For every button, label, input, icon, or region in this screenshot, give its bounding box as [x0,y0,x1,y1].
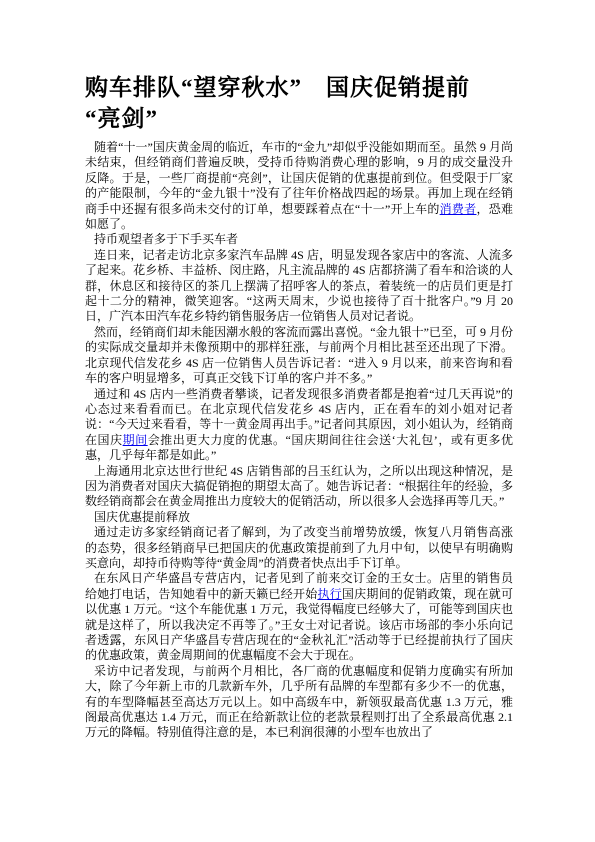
paragraph: 通过走访多家经销商记者了解到，为了改变当前增势放缓，恢复八月销售高涨的态势，很多… [85,525,513,571]
paragraph: 通过和 4S 店内一些消费者攀谈，记者发现很多消费者都是抱着“过几天再说”的心态… [85,387,513,464]
document-page: 购车排队“望穿秋水” 国庆促销提前 “亮剑” 随着“十一”国庆黄金周的临近，车市… [0,0,595,842]
paragraph: 随着“十一”国庆黄金周的临近，车市的“金九”却似乎没能如期而至。虽然 9 月尚未… [85,140,513,232]
document-content: 购车排队“望穿秋水” 国庆促销提前 “亮剑” 随着“十一”国庆黄金周的临近，车市… [0,0,595,741]
text-run: 连日来，记者走访北京多家汽车品牌 4S 店，明显发现各家店中的客流、人流多了起来… [85,248,513,324]
hyperlink[interactable]: 消费者 [440,202,477,216]
text-run: 采访中记者发现，与前两个月相比，各厂商的优惠幅度和促销力度确实有所加大，除了今年… [85,664,513,740]
paragraph: 采访中记者发现，与前两个月相比，各厂商的优惠幅度和促销力度确实有所加大，除了今年… [85,664,513,741]
paragraph: 在东风日产华盛昌专营店内，记者见到了前来交订金的王女士。店里的销售员给她打电话，… [85,571,513,663]
article-title: 购车排队“望穿秋水” 国庆促销提前 “亮剑” [85,72,513,134]
text-run: 国庆优惠提前释放 [94,510,190,524]
text-run: 通过走访多家经销商记者了解到，为了改变当前增势放缓，恢复八月销售高涨的态势，很多… [85,525,513,570]
text-run: 持币观望者多于下手买车者 [94,232,238,246]
article-title-line1: 购车排队“望穿秋水” 国庆促销提前 [85,72,513,103]
paragraph: 上海通用北京达世行世纪 4S 店销售部的吕玉红认为，之所以出现这种情况，是因为消… [85,464,513,510]
article-body: 随着“十一”国庆黄金周的临近，车市的“金九”却似乎没能如期而至。虽然 9 月尚未… [85,140,513,741]
paragraph: 连日来，记者走访北京多家汽车品牌 4S 店，明显发现各家店中的客流、人流多了起来… [85,248,513,325]
section-heading: 国庆优惠提前释放 [85,510,513,525]
section-heading: 持币观望者多于下手买车者 [85,232,513,247]
hyperlink[interactable]: 期间 [123,433,148,447]
text-run: 会推出更大力度的优惠。“国庆期间往往会送‘大礼包’，或有更多优惠，几乎每年都是如… [85,433,513,462]
text-run: 然而，经销商们却未能因潮水般的客流而露出喜悦。“金九银十”已至，可 9 月份的实… [85,325,513,385]
hyperlink[interactable]: 执行 [317,587,341,601]
paragraph: 然而，经销商们却未能因潮水般的客流而露出喜悦。“金九银十”已至，可 9 月份的实… [85,325,513,387]
article-title-line2: “亮剑” [85,103,513,134]
text-run: 上海通用北京达世行世纪 4S 店销售部的吕玉红认为，之所以出现这种情况，是因为消… [85,464,513,509]
